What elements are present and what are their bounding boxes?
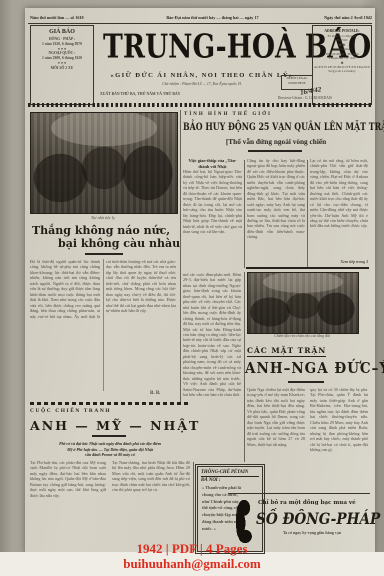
world-headline: BẢO HUY ĐỘNG 25 VẠN QUÂN LÊN MẶT TRẬN NG… [183, 121, 326, 133]
war-kicker: CUỘC CHIẾN TRANH [30, 408, 111, 414]
address-box-lines: 83 Rue de la Mission HANOI ✱ ✱ Télégramm… [313, 34, 371, 74]
ad-title: SỐ ĐÔNG-PHÁP [256, 509, 356, 528]
price-box-lines: ĐÔNG - PHÁP : 1 năm 1$20, 6 tháng 0$70 ●… [31, 37, 93, 71]
petain-box-title: THÔNG-CHẾ PÉTAIN [201, 470, 259, 477]
world-kicker: TÌNH HÌNH THẾ GIỚI [184, 112, 272, 117]
column-rule-world-1 [244, 160, 245, 268]
world-col1-text: Hôm thứ hai, bộ Ngoại-giao Tân-thành côn… [183, 169, 242, 234]
masthead-publisher-line: Chủ-nhiệm : Phạm-Bá-Lễ — 17, Rue Épiscop… [120, 82, 284, 86]
left-article-headline-1: Thắng không náo nức, [32, 224, 178, 237]
column-rule-main [180, 110, 181, 402]
left-article-headline-2: bại không càu nhàu [58, 237, 188, 250]
dateline-lunar: Bảo-Đại năm thứ mười bảy — tháng hai — n… [130, 15, 295, 20]
masthead-schedule: XUẤT BẢN THỨ BA, THỨ NĂM VÀ THỨ BẢY [100, 92, 240, 96]
world-col-3: Lại có tin nói rằng, từ hôm một, chính-p… [310, 158, 368, 258]
address-box: ADRESSE POSTALE: 83 Rue de la Mission HA… [312, 25, 372, 105]
war-separator [30, 402, 190, 405]
photo-war-scene [247, 272, 359, 334]
dateline-date: Ngày thứ năm 2 Avril 1942 [288, 15, 372, 20]
fronts-col-2: quy lại và có 30 chiến-lũy bị phá. Tại P… [310, 387, 368, 491]
watermark-line-1: 1942 | PDF | 4 Pages [0, 541, 384, 556]
world-subhead: [Thổ vẫn đứng ngoài vòng chiến [183, 137, 369, 146]
left-article-signature: B. B. [150, 391, 160, 396]
photo-last-supper-caption: Tại nhà tiệc ly [30, 215, 176, 220]
war-col-2: Tại Nam-dương, tàu binh Nhật đã bắt đầu … [112, 460, 190, 552]
ad-line-1: Chỉ bỏ ra một đồng bạc mua vé [258, 500, 368, 506]
column-rule-world-2 [307, 160, 308, 268]
world-col-2: Cũng tin ấy cho hay hội-đồng ngoại-giao … [247, 158, 305, 268]
fronts-rule [288, 381, 324, 383]
fronts-kicker: CÁC MẶT TRẬN [247, 346, 326, 357]
world-continued-note: Xem tiếp trang 3 [310, 259, 368, 264]
watermark: 1942 | PDF | 4 Pages buihuuhanh@gmail.co… [0, 541, 384, 571]
price-box: GIÁ BÁO ĐÔNG - PHÁP : 1 năm 1$20, 6 thán… [30, 25, 94, 105]
world-rule [248, 150, 302, 152]
address-box-title: ADRESSE POSTALE: [313, 29, 371, 33]
scanned-newspaper-page: Năm thứ mười lăm — số 1610 Bảo-Đại năm t… [0, 0, 384, 576]
petain-box-title2: ĐÃ NÓI : [201, 478, 259, 483]
war-col-1: Tại Phi-luật-tân, các pháo-đài của Mỹ tr… [30, 460, 106, 552]
dateline-issue: Năm thứ mười lăm — số 1610 [30, 15, 142, 20]
war-headline: ANH — MỸ — NHẬT [30, 418, 190, 433]
ad-top-rule [228, 493, 370, 494]
war-subhead: Phi-cơ và đại-bác Nhật suốt ngày đêm đán… [30, 441, 190, 458]
hand-with-ticket-illustration [232, 499, 254, 543]
lottery-ad: Chỉ bỏ ra một đồng bạc mua vé SỐ ĐÔNG-PH… [228, 496, 370, 546]
dateline-rule [28, 23, 372, 24]
fronts-headline: ANH–NGA ĐỨC–Ý [245, 360, 369, 378]
ad-line-3: Ta có ngay hy-vọng giầu hàng vạn [256, 530, 368, 535]
left-article-body: Đó là thái-độ người quân-tử lúc thành cô… [30, 259, 176, 391]
world-continuation-col: mở các cuộc đàm-phán mới. Hôm 29-3, đại-… [183, 272, 241, 462]
world-col-1: Việc giao-thiệp của „Tân- thành với Nhật… [183, 158, 242, 268]
photo-war-scene-caption: Chiến-địa rèn chân cho các tầng đất [243, 334, 361, 338]
masthead: TRUNG-HOÀ BÁO [96, 27, 308, 71]
world-thick-rule [246, 267, 369, 269]
price-box-title: GIÁ BÁO [31, 29, 93, 35]
war-rule [92, 435, 126, 437]
left-article-rule [85, 253, 123, 255]
header-separator [28, 103, 372, 107]
watermark-line-2: buihuuhanh@gmail.com [0, 556, 384, 571]
column-rule-bottom [193, 462, 194, 552]
world-col1-subhead: Việc giao-thiệp của „Tân- thành với Nhật [183, 158, 242, 169]
masthead-tagline: «GIỮ ĐỨC ÁI NHÂN, NOI THEO CHÂN LÝ» [96, 72, 308, 79]
photo-last-supper [30, 112, 178, 214]
